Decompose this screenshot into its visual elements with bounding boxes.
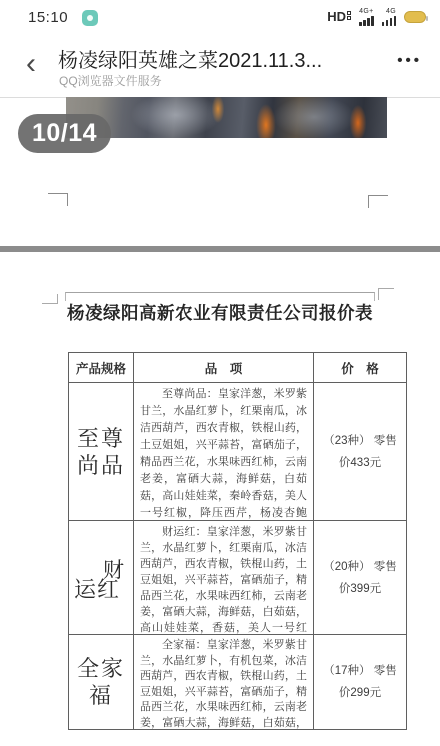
phone-screen: 15:10 HD 4G+ 4G ‹ 杨凌绿阳英雄之菜2021.11.3... Q… xyxy=(0,0,440,746)
signal-bars-icon xyxy=(382,16,397,26)
row1-items-text: 至尊尚品：皇家洋葱，米罗紫甘兰，水晶红萝卜，红栗南瓜，冰洁西葫芦，西农青椒，铁棍… xyxy=(134,383,314,521)
record-dot-icon xyxy=(87,15,93,21)
page-divider-bar xyxy=(0,246,440,252)
status-time: 15:10 xyxy=(28,9,68,26)
file-viewer-header: ‹ 杨凌绿阳英雄之菜2021.11.3... QQ浏览器文件服务 ••• xyxy=(0,38,440,94)
signal-bars-icon xyxy=(359,16,374,26)
hd-volte-icon: HD xyxy=(327,10,351,24)
selection-handle-left-icon xyxy=(42,294,58,304)
status-bar: 15:10 HD 4G+ 4G xyxy=(0,0,440,36)
quotation-title: 杨凌绿阳高新农业有限责任公司报价表 xyxy=(65,300,375,325)
row2-price: （20种） 零售价399元 xyxy=(314,521,406,635)
crop-mark-left-icon xyxy=(48,193,68,206)
signal-sim1-icon: 4G+ xyxy=(359,8,374,26)
file-title: 杨凌绿阳英雄之菜2021.11.3... xyxy=(58,44,358,73)
row3-items-text: 全家福：皇家洋葱，米罗紫甘兰，水晶红萝卜，有机包菜，冰洁西葫芦，西农青椒，铁棍山… xyxy=(134,635,314,729)
more-options-button[interactable]: ••• xyxy=(397,52,422,69)
price-table: 产品规格 品 项 价 格 至尊 尚品 至尊尚品：皇家洋葱，米罗紫甘兰，水晶红萝卜… xyxy=(68,352,407,730)
col-header-spec: 产品规格 xyxy=(69,353,134,383)
battery-icon xyxy=(404,11,426,23)
row1-spec-label: 至尊 尚品 xyxy=(69,383,134,521)
status-right-icons: HD 4G+ 4G xyxy=(327,8,426,26)
row2-items-text: 财运红：皇家洋葱，米罗紫甘兰，水晶红萝卜，红栗南瓜，冰洁西葫芦，西农青椒，铁棍山… xyxy=(134,521,314,635)
col-header-price: 价 格 xyxy=(314,353,406,383)
signal-sim2-icon: 4G xyxy=(382,8,397,26)
selection-handle-right-icon xyxy=(378,288,394,300)
row3-spec-label: 全家 福 xyxy=(69,635,134,729)
crop-mark-right-icon xyxy=(368,195,388,208)
page-counter-badge: 10/14 xyxy=(18,114,111,153)
document-photo-thumbnail[interactable] xyxy=(66,97,387,138)
col-header-item: 品 项 xyxy=(134,353,314,383)
screen-record-icon xyxy=(82,10,98,26)
row1-price: （23种） 零售价433元 xyxy=(314,383,406,521)
row2-spec-label: 财 运红 xyxy=(69,521,134,635)
file-source-label: QQ浏览器文件服务 xyxy=(59,72,162,89)
back-button[interactable]: ‹ xyxy=(14,46,48,86)
row3-price: （17种） 零售价299元 xyxy=(314,635,406,729)
